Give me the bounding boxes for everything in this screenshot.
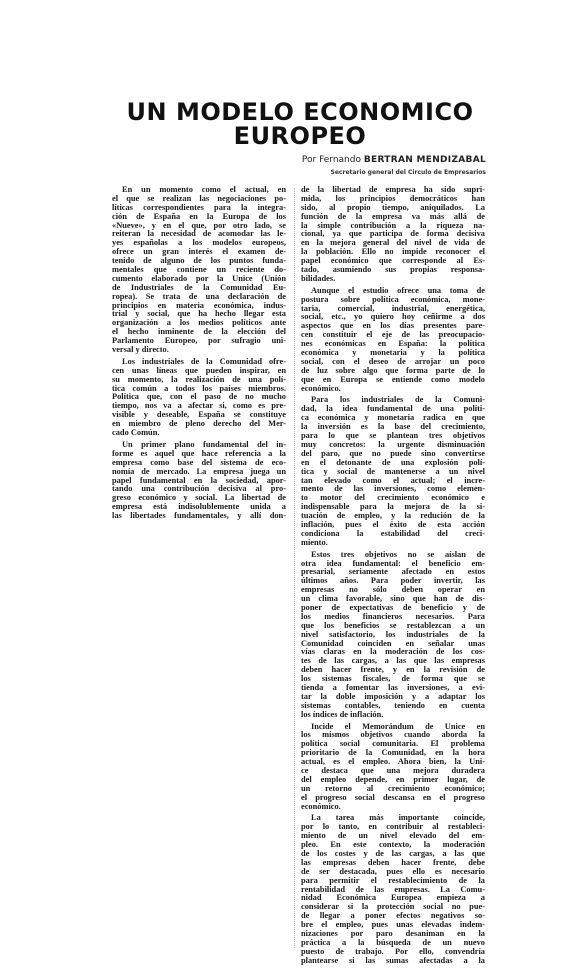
text-line: to motor del crecimiento económico e (301, 494, 485, 503)
right-column: de la libertad de empresa ha sido supri-… (301, 186, 485, 969)
text-line: cen unas líneas que pueden inspirar, en (112, 367, 286, 376)
text-line: Política que, con el paso de no mucho (112, 393, 286, 402)
text-line: tan elevado como el actual; el incre- (301, 477, 485, 486)
text-line: del empleo depende, en primer lugar, de (301, 776, 485, 785)
text-line: La tarea más importante coincide, (301, 814, 485, 823)
text-line: para permitir el restablecimiento de la (301, 877, 485, 886)
text-line: en el detonante de una explosión polí- (301, 459, 485, 468)
text-line: mento de las inversiones, como elemen- (301, 485, 485, 494)
text-line: vías claras en la moderación de los cos- (301, 648, 485, 657)
text-line: un retorno al crecimiento económico; (301, 785, 485, 794)
text-line: bre el empleo, pues unas elevadas indem- (301, 921, 485, 930)
text-line: Estos tres objetivos no se aíslan de (301, 551, 485, 560)
text-line: de llegar a poner efectos negativos so- (301, 912, 485, 921)
text-line: condiciona la estabilidad del creci- (301, 530, 485, 539)
headline-line-2: EUROPEO (100, 124, 500, 148)
text-line: de Industriales de la Comunidad Eu- (112, 284, 286, 293)
text-line: un clima favorable, sino que han de dis- (301, 595, 485, 604)
text-line: las empresas deben hacer frente, debe (301, 859, 485, 868)
left-column: En un momento como el actual, enel que s… (112, 186, 286, 524)
author-name: BERTRAN MENDIZABAL (364, 155, 486, 165)
text-line: miento de un nivel elevado del em- (301, 832, 485, 841)
text-line: los índices de inflación. (301, 711, 485, 720)
text-line: de los costes y de las cargas, a las que (301, 850, 485, 859)
text-line: ción de España en la Europa de los (112, 213, 286, 222)
text-line: tuación de empleo, y la redución de la (301, 512, 485, 521)
text-line: económico. (301, 385, 485, 394)
text-line: últimos años. Para poder invertir, las (301, 577, 485, 586)
text-line: «Nueve», y en el que, por otro lado, se (112, 222, 286, 231)
text-line: postura sobre política económica, mone- (301, 296, 485, 305)
text-line: Los industriales de la Comunidad ofre- (112, 358, 286, 367)
text-line: social, etc., yo quiero hoy ceñirme a do… (301, 313, 485, 322)
text-line: bilidades. (301, 275, 485, 284)
text-line: greso económico y social. La libertad de (112, 494, 286, 503)
paragraph: Un primer plano fundamental del in-forme… (112, 441, 286, 521)
text-line: presarial, seriamente afectado en estos (301, 568, 485, 577)
paragraph: La tarea más importante coincide,por lo … (301, 814, 485, 965)
text-line: aspectos que en los días presentes pare- (301, 322, 485, 331)
text-line: que los beneficios se restablezcan a un (301, 622, 485, 631)
text-line: del paro, que no puede sino convertirse (301, 450, 485, 459)
text-line: cumento elaborado por la Unice (Unión (112, 275, 286, 284)
text-line: social, con el deseo de arrojar un poco (301, 358, 485, 367)
text-line: miento. (301, 539, 485, 548)
text-line: versal y directo. (112, 346, 286, 355)
article-headline: UN MODELO ECONOMICO EUROPEO (100, 100, 500, 148)
text-line: tado, asumiendo sus propias responsa- (301, 266, 485, 275)
text-line: mida, los principios democráticos han (301, 195, 485, 204)
text-line: en la mejora general del nivel de vida d… (301, 239, 485, 248)
author-role: Secretario general del Circulo de Empres… (300, 169, 486, 177)
text-line: rentabilidad de las empresas. La Comu- (301, 886, 485, 895)
text-line: plantearse si las sumas afectadas a la (301, 957, 485, 966)
paragraph: En un momento como el actual, enel que s… (112, 186, 286, 355)
text-line: dad, la idea fundamental de una políti- (301, 405, 485, 414)
text-line: tenido de alguno de los puntos funda- (112, 257, 286, 266)
text-line: organización a los medios políticos ante (112, 319, 286, 328)
text-line: tando una contribución decisiva al pro- (112, 485, 286, 494)
text-line: que en Europa se entiende como modelo (301, 376, 485, 385)
text-line: papel económico que corresponde al Es- (301, 257, 485, 266)
text-line: en miembro de pleno derecho del Mer- (112, 420, 286, 429)
headline-line-1: UN MODELO ECONOMICO (100, 100, 500, 124)
text-line: de la libertad de empresa ha sido supri- (301, 186, 485, 195)
text-line: práctica a la búsqueda de un nuevo (301, 939, 485, 948)
text-line: los medios financieros necesarios. Para (301, 613, 485, 622)
text-line: sistemas contables, teniendo en cuenta (301, 702, 485, 711)
text-line: los mismos objetivos cuando aborda la (301, 731, 485, 740)
paragraph: de la libertad de empresa ha sido supri-… (301, 186, 485, 284)
text-line: de luz sobre algo que forma parte de lo (301, 367, 485, 376)
text-line: económica y monetaria y la política (301, 349, 485, 358)
text-line: prioritario de la Comunidad, en la hora (301, 749, 485, 758)
text-line: tica común a todos los países miembros. (112, 385, 286, 394)
text-line: cional, ya que participa de forma decisi… (301, 230, 485, 239)
text-line: puesto de trabajo. Por ello, convendría (301, 948, 485, 957)
text-line: su momento, la realización de una polí- (112, 376, 286, 385)
byline: Por Fernando BERTRAN MENDIZABAL (260, 155, 486, 166)
paragraph: Incide el Memorándum de Unice enlos mism… (301, 723, 485, 812)
text-line: Incide el Memorándum de Unice en (301, 723, 485, 732)
text-line: Para los industriales de la Comuni- (301, 396, 485, 405)
text-line: inflación, pues el éxito de esta acción (301, 521, 485, 530)
text-line: la simple contribución a la riqueza na- (301, 222, 485, 231)
text-line: tienda a fomentar las inversiones, a evi… (301, 684, 485, 693)
text-line: Aunque el estudio ofrece una toma de (301, 287, 485, 296)
paragraph: Para los industriales de la Comuni-dad, … (301, 396, 485, 547)
text-line: las libertades fundamentales, y allí don… (112, 512, 286, 521)
text-line: cado Común. (112, 429, 286, 438)
text-line: ce destaca que una mejora duradera (301, 767, 485, 776)
text-line: tes de las cargas, a las que las empresa… (301, 657, 485, 666)
text-line: empresa como base del sistema de eco- (112, 459, 286, 468)
text-line: muy concretos: la urgente disminuación (301, 441, 485, 450)
text-line: pleo. En este contexto, la moderación (301, 841, 485, 850)
text-line: principios en materia económica, indus- (112, 302, 286, 311)
text-line: forme es aquel que hace referencia a la (112, 450, 286, 459)
text-line: cen constituir el eje de las preocupacio… (301, 331, 485, 340)
text-line: trial y social, que ha hecho llegar esta (112, 310, 286, 319)
text-line: de ser destacada, pues ello es necesario (301, 868, 485, 877)
text-line: política social comunitaria. El problema (301, 740, 485, 749)
text-line: visible y deseable, España se constituye (112, 411, 286, 420)
text-line: función de la empresa va más allá de (301, 213, 485, 222)
text-line: sido, al propio tiempo, aniquilados. La (301, 204, 485, 213)
text-line: yes españolas a los modelos europeos, (112, 239, 286, 248)
byline-prefix: Por Fernando (302, 155, 361, 165)
text-line: el hecho inminente de la elección del (112, 328, 286, 337)
text-line: por lo tanto, en contribuir al restablec… (301, 823, 485, 832)
text-line: la población. Ello no impide reconocer e… (301, 248, 485, 257)
text-line: la inversión es la base del crecimiento, (301, 423, 485, 432)
text-line: poner de expectativas de beneficio y de (301, 604, 485, 613)
paragraph: Estos tres objetivos no se aíslan deotra… (301, 551, 485, 720)
paragraph: Los industriales de la Comunidad ofre-ce… (112, 358, 286, 438)
text-line: deben hacer frente, y en la revisión de (301, 666, 485, 675)
text-line: ofrece un gran interés el examen de- (112, 248, 286, 257)
text-line: tica y social de mantenerse a un nivel (301, 468, 485, 477)
text-line: para lo que se plantean tres objetivos (301, 432, 485, 441)
paragraph: Aunque el estudio ofrece una toma depost… (301, 287, 485, 394)
text-line: Parlamento Europeo, por sufragio uni- (112, 337, 286, 346)
text-line: nomía de mercado. La empresa juega un (112, 468, 286, 477)
text-line: ropea). Se trata de una declaración de (112, 293, 286, 302)
text-line: nidad Económica Europea empieza a (301, 894, 485, 903)
text-line: indispensable para la mejora de la si- (301, 503, 485, 512)
text-line: taria, comercial, industrial, energética… (301, 305, 485, 314)
text-line: mentales que contiene un reciente do- (112, 266, 286, 275)
column-divider (294, 188, 295, 948)
text-line: líticas correspondientes para la integra… (112, 204, 286, 213)
text-line: tar la doble imposición y a adaptar los (301, 693, 485, 702)
text-line: tiempo, nos va a afectar si, como es pre… (112, 402, 286, 411)
text-line: considerar si la protección social no pu… (301, 903, 485, 912)
text-line: nivel satisfactorio, los industriales de… (301, 631, 485, 640)
text-line: En un momento como el actual, en (112, 186, 286, 195)
text-line: empresas no sólo deben operar en (301, 586, 485, 595)
text-line: otra idea fundamental: el beneficio em- (301, 560, 485, 569)
text-line: el progreso social descansa en el progre… (301, 794, 485, 803)
text-line: el que se realizan las negociaciones po- (112, 195, 286, 204)
text-line: nizaciones por paro desaniman en la (301, 930, 485, 939)
text-line: Comunidad coinciden en señalar unas (301, 640, 485, 649)
text-line: empresa está indisolublemente unida a (112, 503, 286, 512)
text-line: reiteran la necesidad de acomodar las le… (112, 230, 286, 239)
text-line: actual, es el empleo. Ahora bien, la Uni… (301, 758, 485, 767)
text-line: económico. (301, 803, 485, 812)
text-line: nes económicas en España: la política (301, 340, 485, 349)
text-line: los sistemas fiscales, de forma que se (301, 675, 485, 684)
text-line: Un primer plano fundamental del in- (112, 441, 286, 450)
text-line: papel fundamental en la sociedad, apor- (112, 477, 286, 486)
text-line: ca económica y monetaria radica en que (301, 414, 485, 423)
